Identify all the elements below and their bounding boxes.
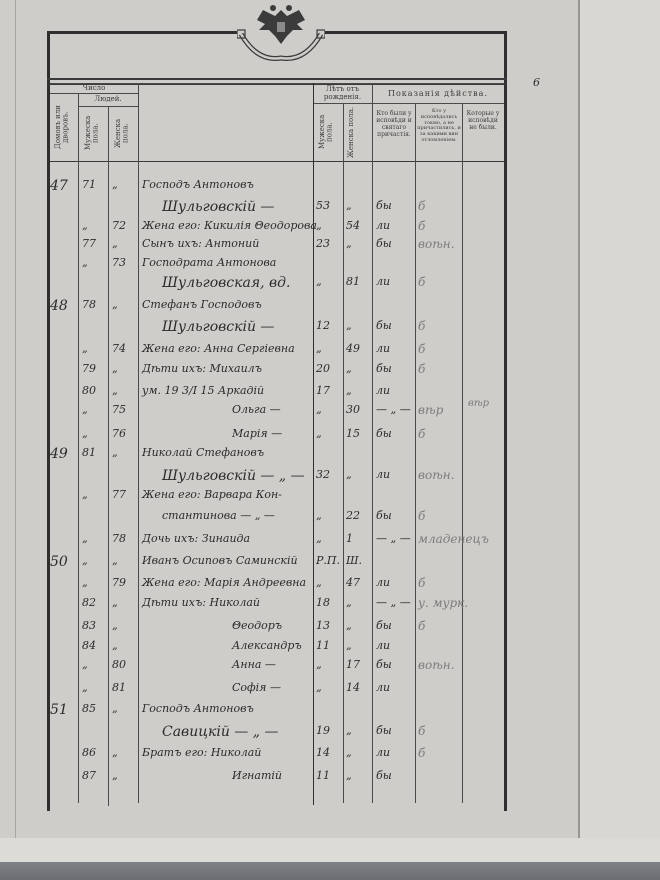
- pencil-note: б: [418, 219, 498, 233]
- male-number: 77: [82, 237, 108, 250]
- male-number: „: [82, 427, 108, 440]
- male-number: 80: [82, 384, 108, 397]
- female-number: „: [112, 554, 138, 567]
- age-male: „: [316, 427, 342, 440]
- male-number: „: [82, 488, 108, 501]
- female-number: „: [112, 619, 138, 632]
- male-number: 71: [82, 178, 108, 191]
- pencil-note: воѣн.: [418, 658, 498, 672]
- pencil-note: б: [418, 509, 498, 523]
- age-female: Ш.: [346, 554, 372, 567]
- col-line-male: [108, 106, 109, 806]
- male-number: 78: [82, 298, 108, 311]
- age-male: „: [316, 576, 342, 589]
- pencil-note-ver: вѣр: [468, 398, 489, 409]
- person-name: Братъ его: Николай: [142, 746, 312, 759]
- page-edge: [15, 0, 16, 838]
- age-male: 13: [316, 619, 342, 632]
- confession-mark: бы: [376, 724, 414, 737]
- confession-mark: — „ —: [376, 532, 414, 545]
- age-male: „: [316, 509, 342, 522]
- testimony-group-header: Показанія дѣйства.: [372, 89, 504, 98]
- male-number: „: [82, 681, 108, 694]
- col-line-households: [78, 93, 79, 803]
- confession-mark: ли: [376, 275, 414, 288]
- confession-mark: бы: [376, 427, 414, 440]
- age-group-header: Лѣтъ отъ рожденія.: [313, 85, 372, 101]
- confession-mark: — „ —: [376, 596, 414, 609]
- age-male: 11: [316, 769, 342, 782]
- age-male: 20: [316, 362, 342, 375]
- male-number: „: [82, 658, 108, 671]
- person-name: Шульговская, вд.: [162, 275, 332, 291]
- pencil-note: у. мурк.: [418, 596, 498, 610]
- age-female: „: [346, 724, 372, 737]
- confession-mark: бы: [376, 619, 414, 632]
- person-name: Дочь ихъ: Зинаида: [142, 532, 312, 545]
- age-male-header: Мужеска пола.: [319, 106, 333, 158]
- age-male: 18: [316, 596, 342, 609]
- confession-mark: бы: [376, 509, 414, 522]
- male-number: „: [82, 532, 108, 545]
- age-female: 30: [346, 403, 372, 416]
- age-male: „: [316, 532, 342, 545]
- page-number: 6: [533, 76, 540, 89]
- header-bottom-line: [50, 161, 504, 162]
- female-number: „: [112, 596, 138, 609]
- female-number: 76: [112, 427, 138, 440]
- female-number: 74: [112, 342, 138, 355]
- age-female: „: [346, 199, 372, 212]
- person-name: Николай Стефановъ: [142, 446, 312, 459]
- house-number: 51: [50, 702, 76, 718]
- testimony-col3-header: Которые у исповѣди не были.: [464, 111, 502, 132]
- register-frame: 6 Число Людей. Домовъ или дворовъ. Мужес…: [47, 31, 507, 811]
- person-name: Дѣти ихъ: Михаилъ: [142, 362, 312, 375]
- age-female: 14: [346, 681, 372, 694]
- age-female: 47: [346, 576, 372, 589]
- female-number: 80: [112, 658, 138, 671]
- age-male: „: [316, 342, 342, 355]
- col-line-female: [138, 83, 139, 803]
- house-number: 49: [50, 446, 76, 462]
- age-female: „: [346, 639, 372, 652]
- age-female: 22: [346, 509, 372, 522]
- testimony-col1-header: Кто были у исповѣди и святаго причастія.: [374, 111, 414, 139]
- pencil-note: б: [418, 724, 498, 738]
- pencil-note: б: [418, 319, 498, 333]
- age-male: „: [316, 275, 342, 288]
- age-female: 15: [346, 427, 372, 440]
- female-number: „: [112, 639, 138, 652]
- person-name: Господъ Антоновъ: [142, 178, 312, 191]
- male-number: 81: [82, 446, 108, 459]
- person-name: Жена его: Анна Сергiевна: [142, 342, 312, 355]
- house-number: 47: [50, 178, 76, 194]
- age-female: „: [346, 746, 372, 759]
- person-name: Иванъ Осиповъ Саминскiй: [142, 554, 312, 567]
- male-number: 84: [82, 639, 108, 652]
- frame-right-rule: [504, 31, 507, 811]
- age-female: „: [346, 384, 372, 397]
- female-col-header: Женска пола.: [115, 109, 129, 157]
- person-name: Господъ Антоновъ: [142, 702, 312, 715]
- pencil-note: б: [418, 427, 498, 441]
- female-number: 79: [112, 576, 138, 589]
- age-male: „: [316, 681, 342, 694]
- confession-mark: ли: [376, 681, 414, 694]
- female-number: „: [112, 178, 138, 191]
- confession-mark: ли: [376, 468, 414, 481]
- confession-mark: бы: [376, 199, 414, 212]
- age-female-header: Женска пола.: [348, 106, 362, 158]
- age-female: „: [346, 468, 372, 481]
- female-number: 78: [112, 532, 138, 545]
- confession-mark: ли: [376, 219, 414, 232]
- age-male: 11: [316, 639, 342, 652]
- age-female: „: [346, 769, 372, 782]
- house-number: 50: [50, 554, 76, 570]
- testimony-col2-header: Кто у исповѣдались токмо, а не причастил…: [417, 109, 461, 144]
- pencil-note: б: [418, 619, 498, 633]
- pencil-note: б: [418, 746, 498, 760]
- age-female: „: [346, 362, 372, 375]
- age-female: 54: [346, 219, 372, 232]
- person-name: Савицкiй — „ —: [162, 724, 332, 740]
- male-number: „: [82, 403, 108, 416]
- female-number: „: [112, 702, 138, 715]
- confession-mark: бы: [376, 237, 414, 250]
- person-name: Жена его: Марiя Андреевна: [142, 576, 312, 589]
- confession-mark: бы: [376, 769, 414, 782]
- male-number: 85: [82, 702, 108, 715]
- age-male: Р.П.: [316, 554, 342, 567]
- col-line-age-female: [372, 83, 373, 803]
- male-col-header: Мужеска пола.: [85, 109, 99, 157]
- table-surface: [0, 862, 660, 880]
- imperial-eagle-crest-icon: [237, 0, 325, 70]
- households-col-header: Домовъ или дворовъ.: [55, 97, 75, 157]
- age-male: 53: [316, 199, 342, 212]
- confession-mark: ли: [376, 746, 414, 759]
- female-number: „: [112, 446, 138, 459]
- male-number: 86: [82, 746, 108, 759]
- person-name: ум. 19 3/I 15 Аркадiй: [142, 384, 312, 397]
- person-name: Шульговскiй —: [162, 199, 332, 215]
- pencil-note: б: [418, 576, 498, 590]
- person-name: стантинова — „ —: [162, 509, 332, 522]
- confession-mark: бы: [376, 362, 414, 375]
- pencil-note: б: [418, 199, 498, 213]
- confession-mark: бы: [376, 319, 414, 332]
- person-name: Стефанъ Господовъ: [142, 298, 312, 311]
- count-group-header: Число: [50, 84, 138, 92]
- age-female: 49: [346, 342, 372, 355]
- person-name: Господрата Антонова: [142, 256, 312, 269]
- col-line-testimony1: [415, 103, 416, 803]
- male-number: „: [82, 576, 108, 589]
- col-line-age-male: [343, 103, 344, 803]
- pencil-note: воѣн.: [418, 237, 498, 251]
- person-name: Шульговскiй — „ —: [162, 468, 332, 484]
- confession-mark: ли: [376, 342, 414, 355]
- female-number: 81: [112, 681, 138, 694]
- male-number: „: [82, 342, 108, 355]
- age-male: 23: [316, 237, 342, 250]
- age-female: 1: [346, 532, 372, 545]
- age-female: 81: [346, 275, 372, 288]
- female-number: „: [112, 746, 138, 759]
- female-number: „: [112, 384, 138, 397]
- frame-left-rule: [47, 31, 50, 811]
- confession-mark: бы: [376, 658, 414, 671]
- male-number: 83: [82, 619, 108, 632]
- testimony-subline: [372, 103, 504, 104]
- age-female: „: [346, 319, 372, 332]
- age-male: 14: [316, 746, 342, 759]
- male-number: 82: [82, 596, 108, 609]
- confession-mark: — „ —: [376, 403, 414, 416]
- female-number: 75: [112, 403, 138, 416]
- person-name: Дѣти ихъ: Николай: [142, 596, 312, 609]
- person-name: Шульговскiй —: [162, 319, 332, 335]
- female-number: 77: [112, 488, 138, 501]
- female-number: „: [112, 362, 138, 375]
- male-number: 87: [82, 769, 108, 782]
- age-male: 32: [316, 468, 342, 481]
- age-female: „: [346, 619, 372, 632]
- person-name: Жена его: Кикилiя Θеодорова: [142, 219, 312, 232]
- confession-mark: ли: [376, 576, 414, 589]
- age-male: 12: [316, 319, 342, 332]
- pencil-note: б: [418, 362, 498, 376]
- pencil-note: воѣн.: [418, 468, 498, 482]
- page-beneath: [0, 838, 660, 864]
- pencil-note: б: [418, 342, 498, 356]
- age-female: „: [346, 596, 372, 609]
- age-male: „: [316, 403, 342, 416]
- age-female: „: [346, 237, 372, 250]
- age-male: 17: [316, 384, 342, 397]
- female-number: 72: [112, 219, 138, 232]
- female-number: „: [112, 298, 138, 311]
- pencil-note: младенецъ: [418, 532, 498, 546]
- female-number: 73: [112, 256, 138, 269]
- confession-mark: ли: [376, 384, 414, 397]
- female-number: „: [112, 769, 138, 782]
- person-name: Сынъ ихъ: Антоний: [142, 237, 312, 250]
- male-number: „: [82, 554, 108, 567]
- confession-mark: ли: [376, 639, 414, 652]
- age-male: „: [316, 658, 342, 671]
- age-male: „: [316, 219, 342, 232]
- age-female: 17: [346, 658, 372, 671]
- male-number: „: [82, 256, 108, 269]
- male-number: „: [82, 219, 108, 232]
- age-male: 19: [316, 724, 342, 737]
- person-name: Жена его: Варвара Кон-: [142, 488, 312, 501]
- col-line-name: [313, 83, 314, 805]
- register-page: 6 Число Людей. Домовъ или дворовъ. Мужес…: [0, 0, 580, 839]
- house-number: 48: [50, 298, 76, 314]
- female-number: „: [112, 237, 138, 250]
- count-subline: [50, 93, 138, 94]
- people-group-header: Людей.: [78, 95, 138, 103]
- male-number: 79: [82, 362, 108, 375]
- pencil-note: б: [418, 275, 498, 289]
